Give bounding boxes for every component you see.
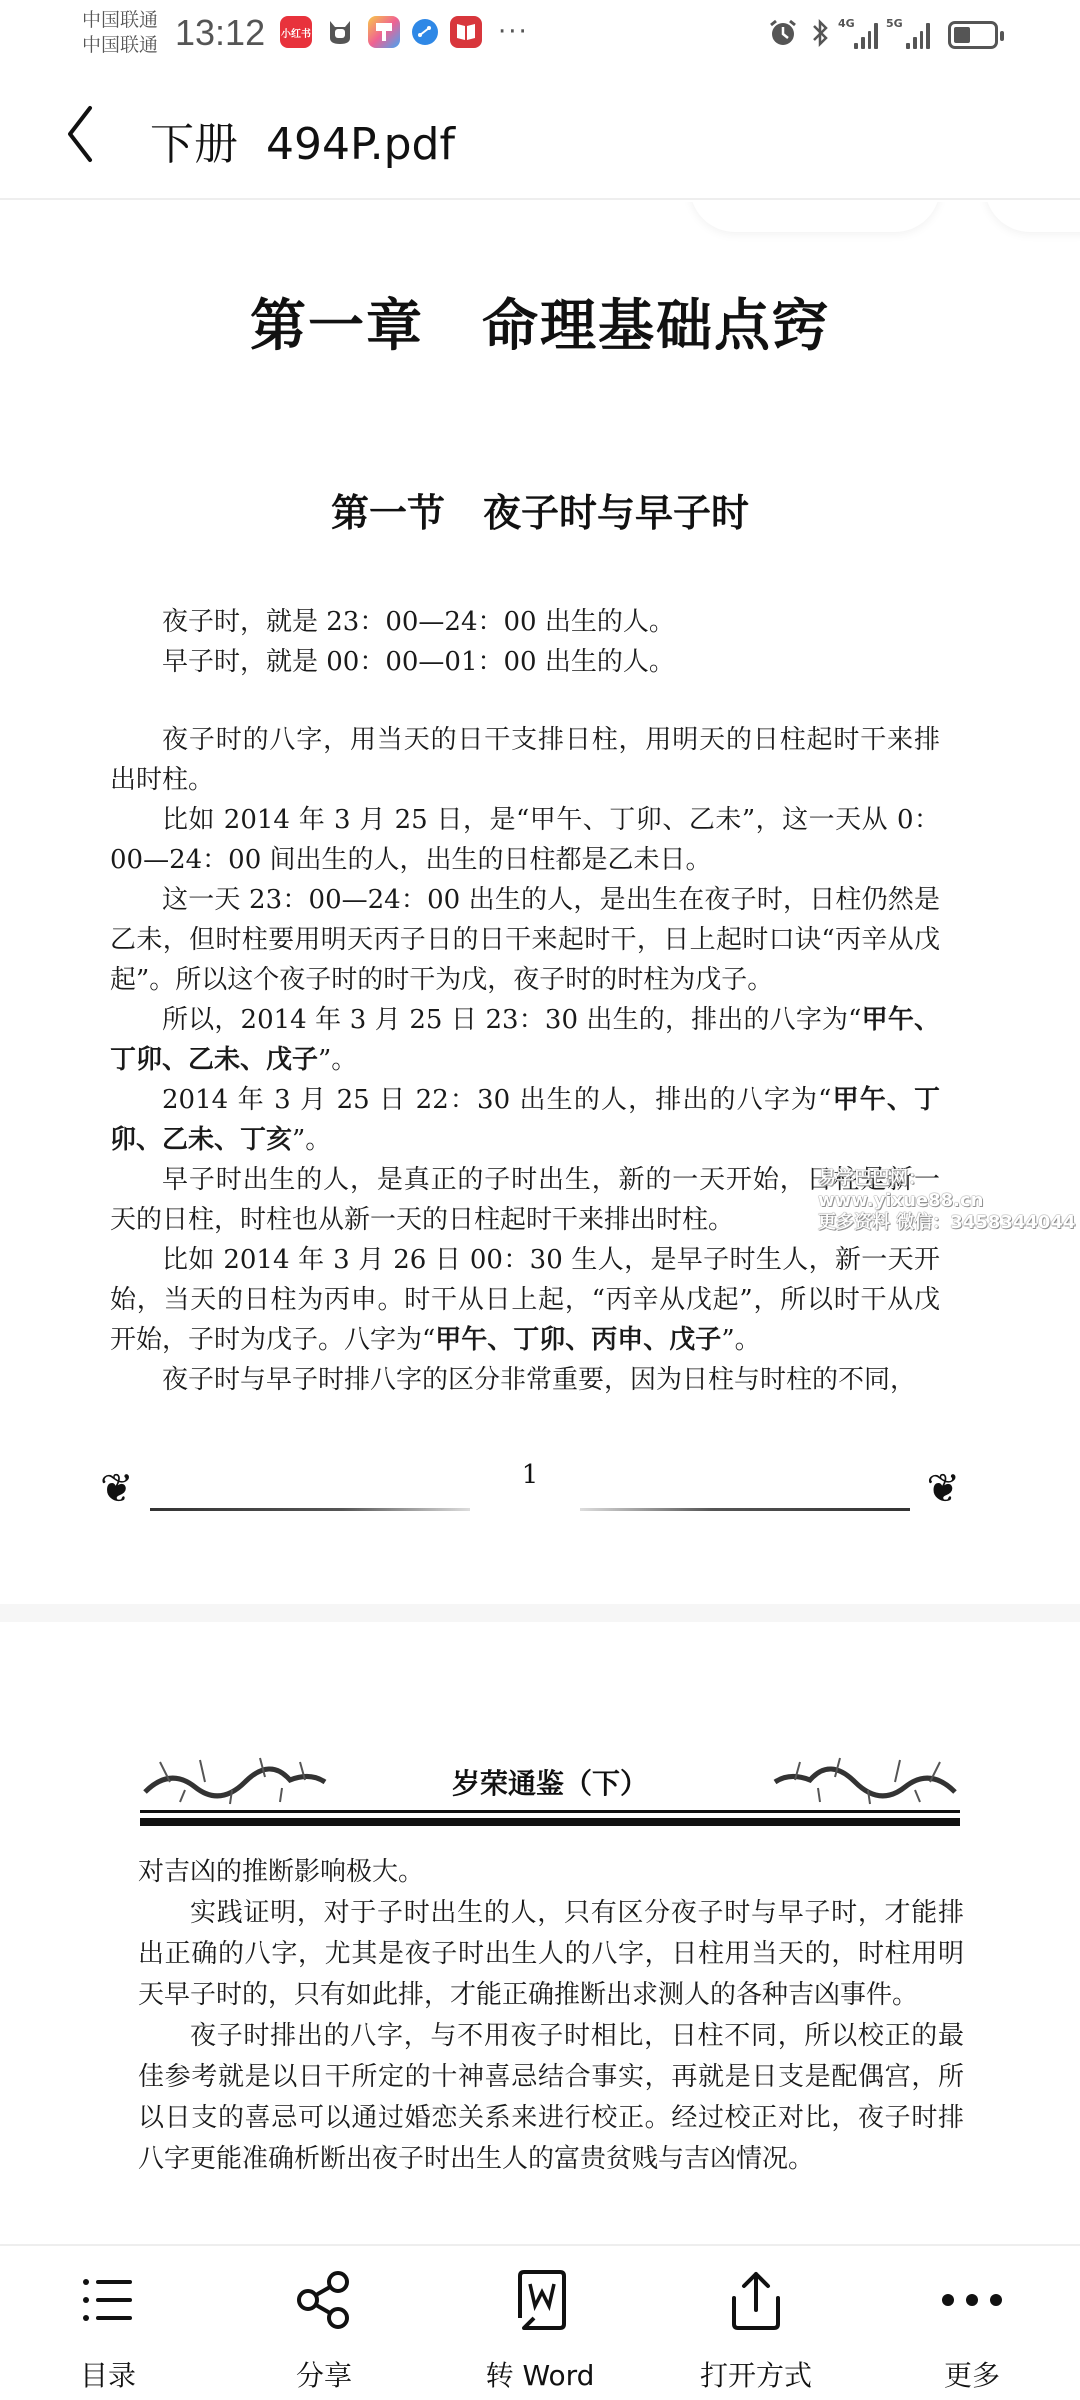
carrier-1: 中国联通 <box>82 8 158 33</box>
paragraph: 夜子时与早子时排八字的区分非常重要，因为日柱与时柱的不同， <box>110 1360 940 1400</box>
reader-book-icon <box>450 16 482 48</box>
bluetooth-icon <box>810 18 830 52</box>
document-title: 下册 494P.pdf <box>150 108 455 172</box>
paintbrush-app-icon <box>368 16 400 48</box>
chapter-title: 第一章 命理基础点窍 <box>0 282 1080 362</box>
xiaohongshu-icon: 小红书 <box>280 16 312 48</box>
chevron-left-icon <box>60 104 100 164</box>
browser-globe-icon <box>412 19 438 45</box>
battery-icon <box>948 21 998 49</box>
back-button[interactable] <box>60 104 110 164</box>
toc-button[interactable]: 目录 <box>8 2246 208 2400</box>
bottom-toolbar: 目录 分享 转 Word 打开方式 更多 <box>0 2244 1080 2400</box>
definition-line: 早子时，就是 00：00—01：00 出生的人。 <box>110 642 940 682</box>
paragraph: 比如 2014 年 3 月 26 日 00：30 生人，是早子时生人，新一天开始… <box>110 1240 940 1360</box>
footer-rule <box>580 1508 910 1511</box>
page1-body: 夜子时的八字，用当天的日干支排日柱，用明天的日柱起时干来排出时柱。 比如 201… <box>110 720 940 1400</box>
paragraph: 比如 2014 年 3 月 25 日，是“甲午、丁卯、乙未”，这一天从 0：00… <box>110 800 940 880</box>
status-bar: 中国联通 中国联通 13:12 小红书 ··· 4G 5G <box>0 0 1080 72</box>
clock: 13:12 <box>175 12 265 54</box>
paragraph: 2014 年 3 月 25 日 22：30 出生的人，排出的八字为“甲午、丁卯、… <box>110 1080 940 1160</box>
cat-app-icon <box>324 16 356 48</box>
floating-overlay-chip <box>985 202 1080 232</box>
pdf-page-1: 第一章 命理基础点窍 第一节 夜子时与早子时 夜子时，就是 23：00—24：0… <box>0 202 1080 1604</box>
running-head: 岁荣通鉴（下） <box>140 1752 960 1832</box>
pdf-page-2: 岁荣通鉴（下） 对吉凶的推断影响极大。 实践证明，对于子时出生的人，只有区分夜子… <box>0 1622 1080 2242</box>
more-button[interactable]: 更多 <box>872 2246 1072 2400</box>
header-rule <box>140 1818 960 1826</box>
share-button[interactable]: 分享 <box>224 2246 424 2400</box>
more-icon <box>940 2268 1004 2332</box>
floating-overlay-chip <box>690 202 940 232</box>
paragraph: 实践证明，对于子时出生的人，只有区分夜子时与早子时，才能排出正确的八字，尤其是夜… <box>138 1893 964 2016</box>
share-label: 分享 <box>296 2354 352 2394</box>
header-rule <box>140 1810 960 1813</box>
paragraph: 早子时出生的人，是真正的子时出生，新的一天开始，日柱是新一天的日柱，时柱也从新一… <box>110 1160 940 1240</box>
convert-word-icon <box>508 2268 572 2332</box>
pdf-viewer[interactable]: 第一章 命理基础点窍 第一节 夜子时与早子时 夜子时，就是 23：00—24：0… <box>0 202 1080 2242</box>
paragraph: 所以，2014 年 3 月 25 日 23：30 出生的，排出的八字为“甲午、丁… <box>110 1000 940 1080</box>
watermark: 易学巴巴网：www.yixue88.cn 更多资料 微信：3458344044 <box>818 1168 1080 1234</box>
convert-word-label: 转 Word <box>486 2354 595 2394</box>
share-icon <box>292 2268 356 2332</box>
system-icons: 4G 5G <box>768 18 998 52</box>
paragraph: 对吉凶的推断影响极大。 <box>138 1852 964 1893</box>
page-footer: ❦ 1 ❦ <box>100 1452 960 1532</box>
dragon-ornament-icon <box>770 1752 960 1818</box>
signal-4g-icon: 4G <box>842 21 878 49</box>
app-header: 下册 494P.pdf <box>0 72 1080 200</box>
alarm-icon <box>768 18 798 52</box>
bazi-bold: 甲午、丁卯、丙申、戊子 <box>435 1325 721 1355</box>
toc-label: 目录 <box>80 2354 136 2394</box>
paragraph: 夜子时的八字，用当天的日干支排日柱，用明天的日柱起时干来排出时柱。 <box>110 720 940 800</box>
more-notifications-icon: ··· <box>498 17 529 47</box>
open-with-icon <box>724 2268 788 2332</box>
definition-line: 夜子时，就是 23：00—24：00 出生的人。 <box>110 602 940 642</box>
paragraph: 夜子时排出的八字，与不用夜子时相比，日柱不同，所以校正的最佳参考就是以日干所定的… <box>138 2016 964 2180</box>
open-with-label: 打开方式 <box>700 2354 812 2394</box>
definitions: 夜子时，就是 23：00—24：00 出生的人。 早子时，就是 00：00—01… <box>110 602 940 682</box>
maple-leaf-icon: ❦ <box>926 1466 960 1512</box>
footer-rule <box>150 1508 470 1511</box>
page-number: 1 <box>100 1460 960 1490</box>
carrier-labels: 中国联通 中国联通 <box>82 8 158 58</box>
paragraph: 这一天 23：00—24：00 出生的人，是出生在夜子时，日柱仍然是乙未，但时柱… <box>110 880 940 1000</box>
section-title: 第一节 夜子时与早子时 <box>0 482 1080 537</box>
page2-body: 对吉凶的推断影响极大。 实践证明，对于子时出生的人，只有区分夜子时与早子时，才能… <box>138 1852 964 2180</box>
signal-5g-icon: 5G <box>890 21 930 49</box>
notification-icons: 小红书 ··· <box>280 16 529 48</box>
list-icon <box>76 2268 140 2332</box>
open-with-button[interactable]: 打开方式 <box>656 2246 856 2400</box>
convert-word-button[interactable]: 转 Word <box>440 2246 640 2400</box>
carrier-2: 中国联通 <box>82 33 158 58</box>
more-label: 更多 <box>944 2354 1000 2394</box>
